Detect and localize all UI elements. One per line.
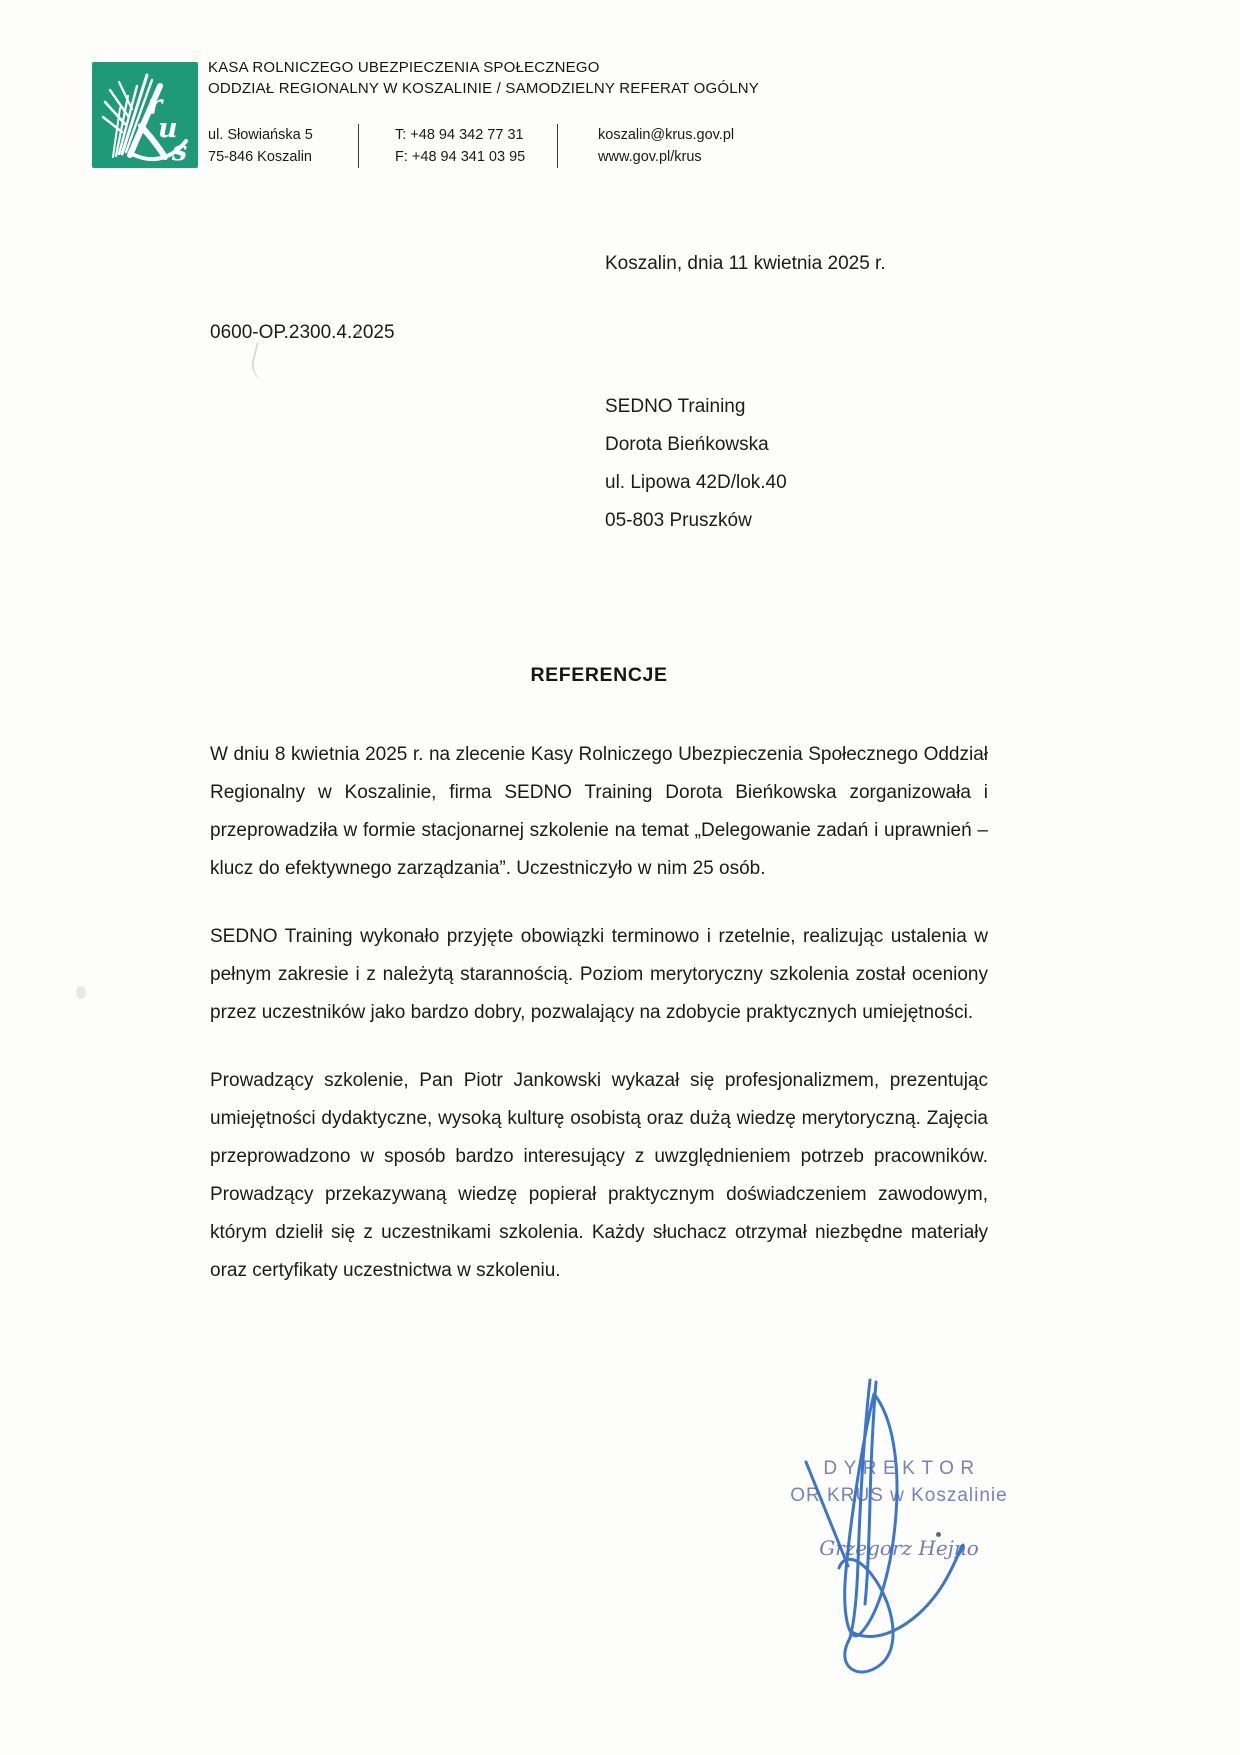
- krus-logo-icon: r u s: [92, 62, 198, 168]
- letterhead-contact: ul. Słowiańska 5 75-846 Koszalin T: +48 …: [208, 124, 734, 168]
- recipient-block: SEDNO Training Dorota Bieńkowska ul. Lip…: [605, 388, 787, 540]
- scanned-letter-page: r u s KASA ROLNICZEGO UBEZPIECZENIA SPOŁ…: [0, 0, 1240, 1755]
- scan-artifact-smudge: [76, 986, 86, 999]
- phone-line: T: +48 94 342 77 31: [395, 124, 557, 146]
- recipient-street: ul. Lipowa 42D/lok.40: [605, 464, 787, 502]
- paragraph-2: SEDNO Training wykonało przyjęte obowiąz…: [210, 918, 988, 1032]
- recipient-city: 05-803 Pruszków: [605, 502, 787, 540]
- contact-address: ul. Słowiańska 5 75-846 Koszalin: [208, 124, 358, 168]
- logo-letter-s: s: [171, 136, 187, 167]
- recipient-person: Dorota Bieńkowska: [605, 426, 787, 464]
- stamp-org: OR KRUS w Koszalinie: [768, 1485, 1030, 1507]
- contact-divider: [358, 124, 359, 168]
- contact-web: koszalin@krus.gov.pl www.gov.pl/krus: [598, 124, 734, 168]
- address-line2: 75-846 Koszalin: [208, 146, 358, 168]
- letter-title: REFERENCJE: [210, 664, 988, 687]
- scan-artifact-curve: [248, 342, 274, 381]
- contact-phone-fax: T: +48 94 342 77 31 F: +48 94 341 03 95: [395, 124, 557, 168]
- contact-divider: [557, 124, 558, 168]
- ink-dot: [936, 1532, 941, 1537]
- dateline: Koszalin, dnia 11 kwietnia 2025 r.: [605, 253, 886, 275]
- org-name-line2: ODDZIAŁ REGIONALNY W KOSZALINIE / SAMODZ…: [208, 78, 759, 99]
- paragraph-3: Prowadzący szkolenie, Pan Piotr Jankowsk…: [210, 1062, 988, 1290]
- signed-name: Grzegorz Hejno: [768, 1536, 1030, 1560]
- letter-body: W dniu 8 kwietnia 2025 r. na zlecenie Ka…: [210, 736, 988, 1320]
- address-line1: ul. Słowiańska 5: [208, 124, 358, 146]
- director-stamp: DYREKTOR OR KRUS w Koszalinie Grzegorz H…: [768, 1458, 1030, 1560]
- paragraph-1: W dniu 8 kwietnia 2025 r. na zlecenie Ka…: [210, 736, 988, 888]
- org-name-line1: KASA ROLNICZEGO UBEZPIECZENIA SPOŁECZNEG…: [208, 57, 759, 78]
- reference-number: 0600-OP.2300.4.2025: [210, 322, 395, 344]
- website-line: www.gov.pl/krus: [598, 146, 734, 168]
- recipient-company: SEDNO Training: [605, 388, 787, 426]
- stamp-title: DYREKTOR: [768, 1458, 1030, 1480]
- letterhead-org-block: KASA ROLNICZEGO UBEZPIECZENIA SPOŁECZNEG…: [208, 57, 759, 99]
- email-line: koszalin@krus.gov.pl: [598, 124, 734, 146]
- fax-line: F: +48 94 341 03 95: [395, 146, 557, 168]
- scan-artifact-dot: [356, 331, 360, 335]
